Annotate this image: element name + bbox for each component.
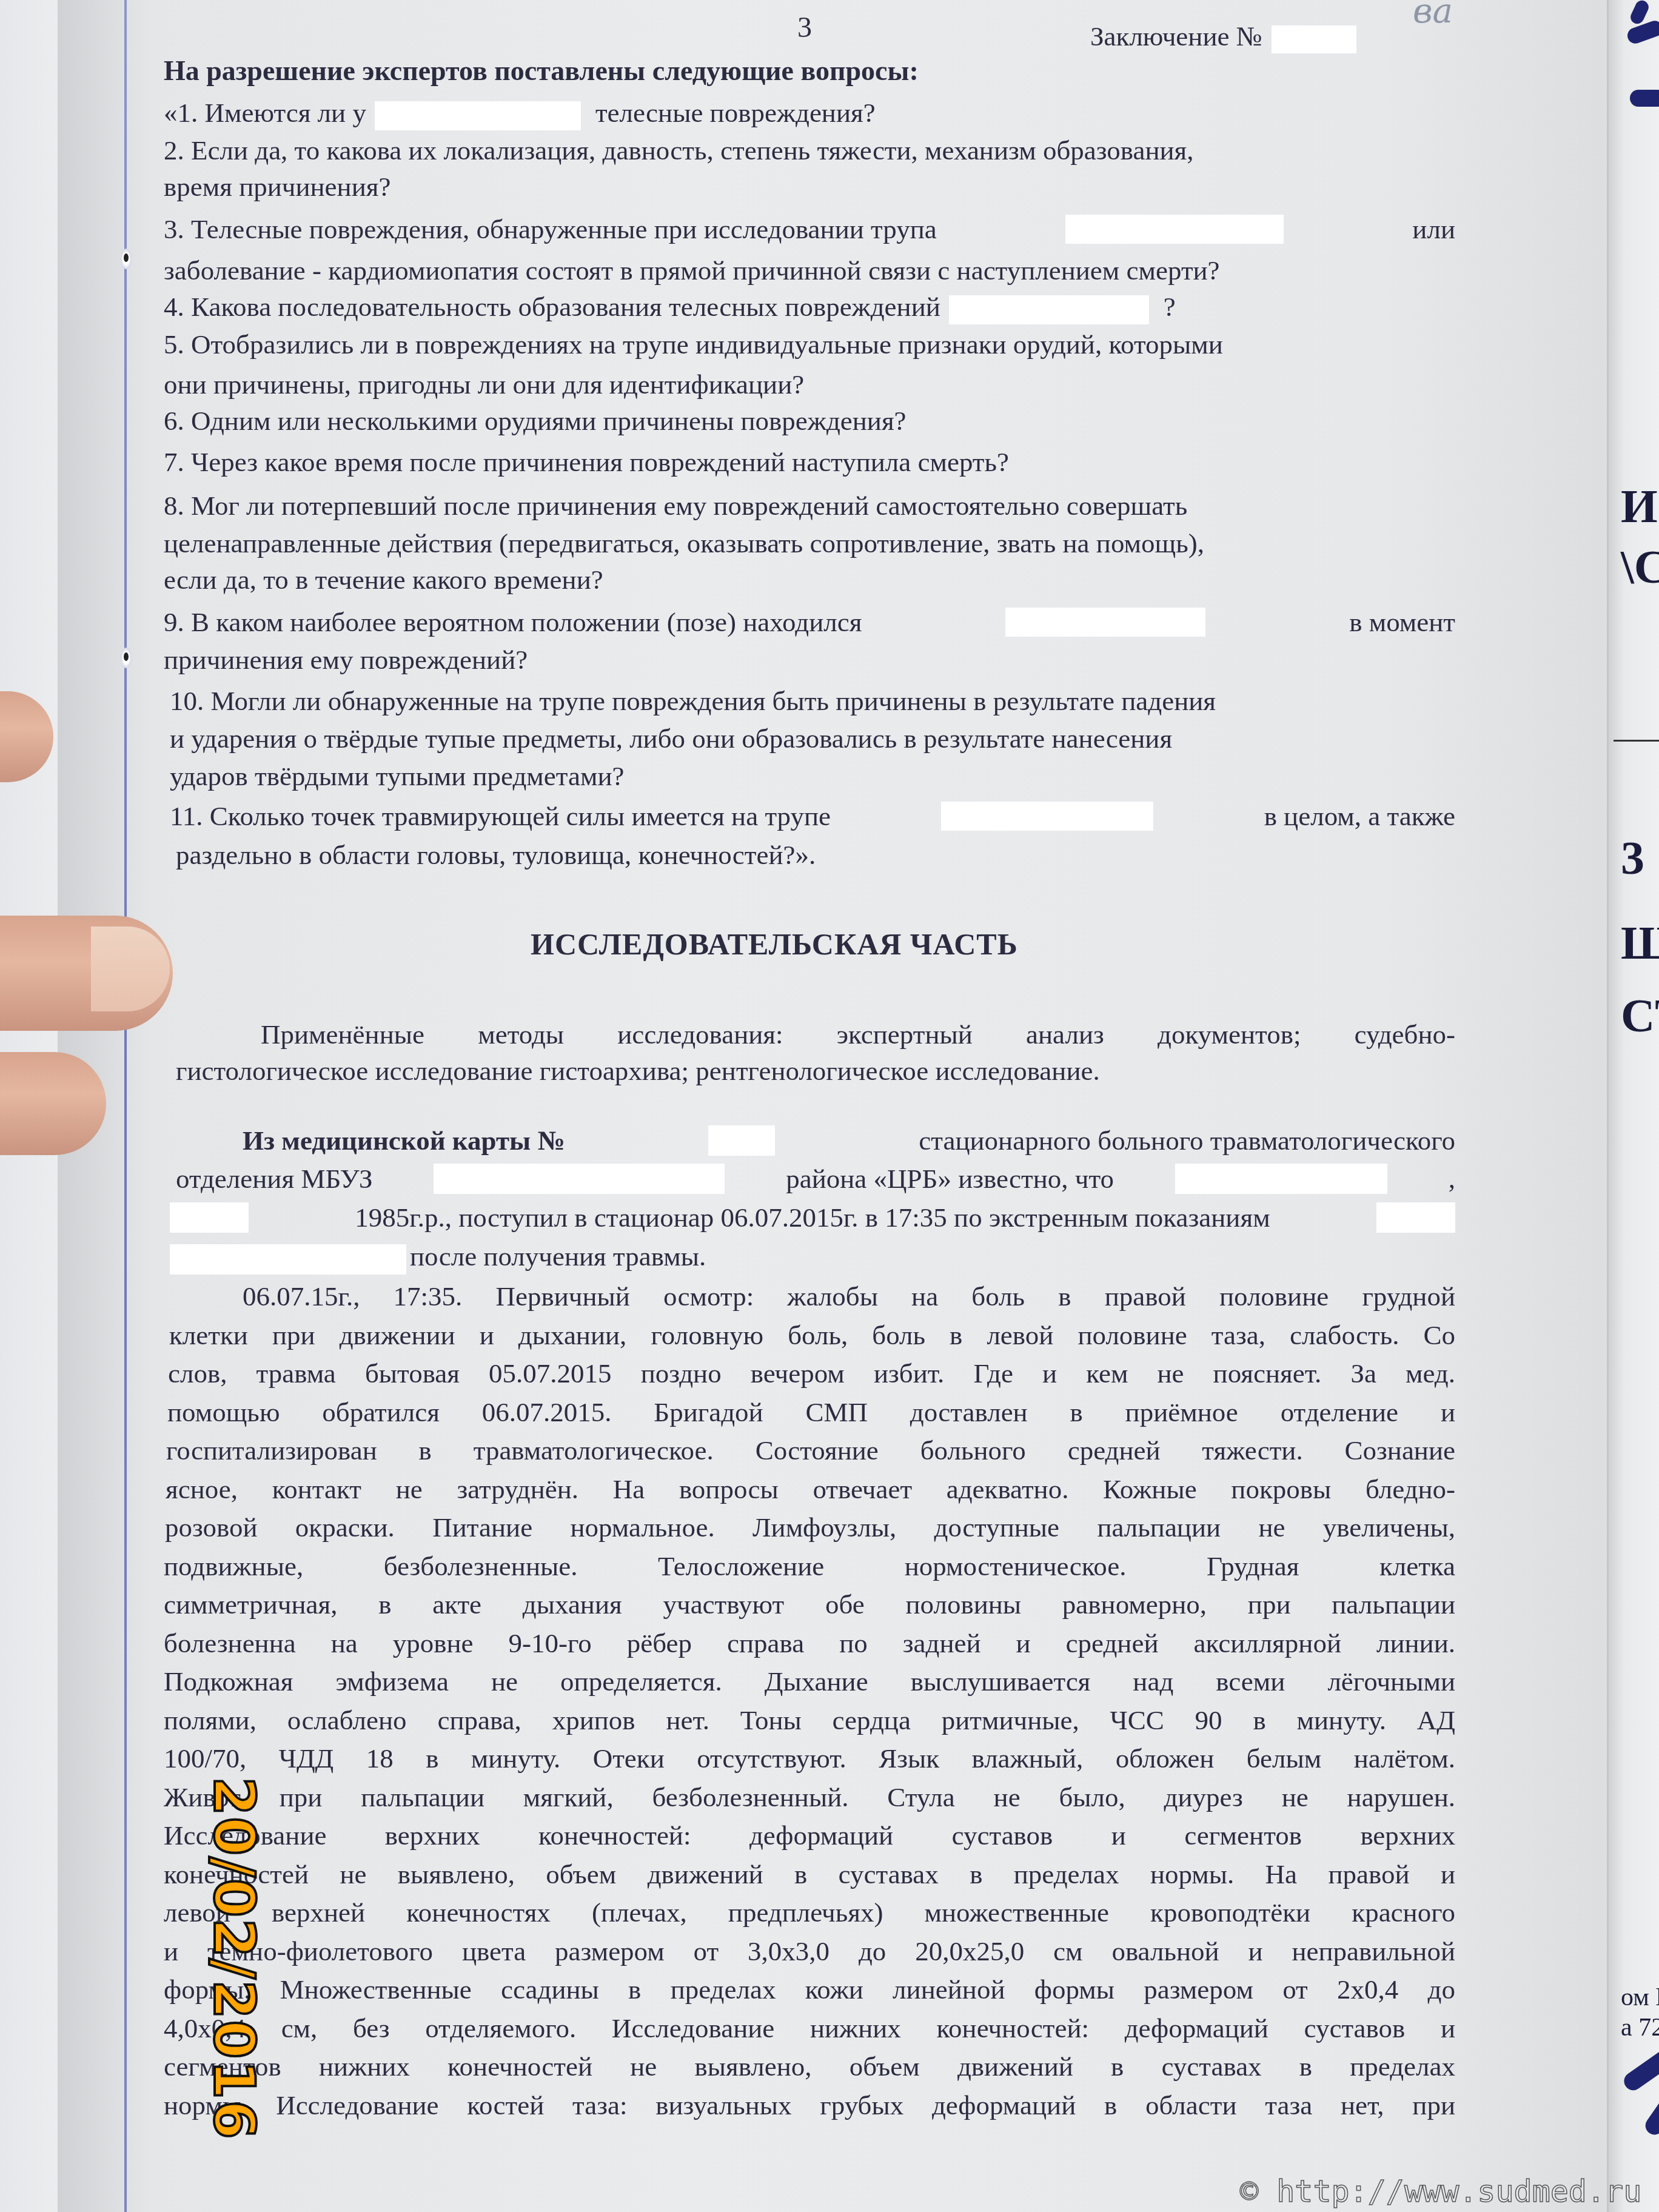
exam-line: розовой окраски. Питание нормальное. Лим… <box>165 1512 1455 1543</box>
date-stamp: 20/02/2016 <box>200 1728 267 2189</box>
question-text: 10. Могли ли обнаруженные на трупе повре… <box>170 685 1216 717</box>
question-text: 7. Через какое время после причинения по… <box>164 447 1009 477</box>
question-text: и ударения о твёрдые тупые предметы, либ… <box>170 723 1172 754</box>
exam-line: 4,0х0,4 см, без отделяемого. Исследовани… <box>164 2013 1455 2044</box>
sheet-fragment: ом N <box>1621 1983 1659 2012</box>
redaction <box>170 1244 406 1275</box>
question-line: «1. Имеются ли утелесные повреждения? <box>164 97 876 130</box>
redaction <box>708 1125 775 1156</box>
exam-line: слов, травма бытовая 05.07.2015 поздно в… <box>168 1358 1455 1389</box>
question-line: и ударения о твёрдые тупые предметы, либ… <box>170 723 1455 754</box>
redaction <box>1065 215 1284 244</box>
redaction <box>375 101 581 130</box>
question-text: «1. Имеются ли у <box>164 98 366 128</box>
binding-hole <box>121 648 132 668</box>
handwritten-mark: ва <box>1413 0 1453 31</box>
sheet-fragment: \С <box>1621 540 1659 594</box>
card-text: после получения травмы. <box>410 1241 706 1272</box>
pen-mark <box>1625 19 1659 46</box>
pen-mark <box>1642 2088 1659 2139</box>
exam-line: ясное, контакт не затруднён. На вопросы … <box>166 1473 1455 1505</box>
sheet-fragment: а 72 <box>1621 2013 1659 2042</box>
question-text: 3. Телесные повреждения, обнаруженные пр… <box>164 213 937 245</box>
question-line: 7. Через какое время после причинения по… <box>164 446 1009 478</box>
watermark: © http://www.sudmed.ru <box>1240 2174 1641 2209</box>
redaction <box>1175 1164 1387 1194</box>
question-text: они причинены, пригодны ли они для идент… <box>164 369 804 400</box>
redaction <box>949 295 1149 324</box>
question-line: заболевание - кардиомиопатия состоят в п… <box>164 255 1455 286</box>
exam-line: и темно-фиолетового цвета размером от 3,… <box>164 1935 1455 1967</box>
question-line: если да, то в течение какого времени? <box>164 564 603 595</box>
question-line: 5. Отобразились ли в повреждениях на тру… <box>164 329 1455 360</box>
question-text: 5. Отобразились ли в повреждениях на тру… <box>164 329 1223 360</box>
card-line: Из медицинской карты №стационарного боль… <box>243 1125 1455 1156</box>
card-text: отделения МБУЗ <box>176 1163 372 1195</box>
question-line: 9. В каком наиболее вероятном положении … <box>164 606 1455 638</box>
question-text: в целом, а также <box>1264 800 1455 832</box>
sheet-fragment: ИІ <box>1621 479 1659 534</box>
methods-line: Применённые методы исследования: эксперт… <box>261 1019 1455 1050</box>
card-text: стационарного больного травматологическо… <box>919 1125 1455 1156</box>
question-line: 4. Какова последовательность образования… <box>164 291 1176 324</box>
question-text: 9. В каком наиболее вероятном положении … <box>164 606 862 638</box>
question-text: время причинения? <box>164 172 390 202</box>
exam-line: Исследование верхних конечностей: деформ… <box>164 1820 1455 1851</box>
question-line: 2. Если да, то какова их локализация, да… <box>164 135 1455 166</box>
date-stamp-text: 20/02/2016 <box>201 1777 266 2140</box>
pen-mark <box>1630 90 1659 107</box>
question-line: 11. Сколько точек травмирующей силы имее… <box>170 800 1455 832</box>
question-line: 8. Мог ли потерпевший после причинения е… <box>164 490 1455 521</box>
card-text: района «ЦРБ» известно, что <box>786 1163 1114 1195</box>
exam-line: конечностей не выявлено, объем движений … <box>164 1858 1455 1890</box>
exam-line: клетки при движении и дыхании, головную … <box>169 1319 1455 1351</box>
exam-line: Подкожная эмфизема не определяется. Дыха… <box>164 1666 1455 1697</box>
card-text: , <box>1449 1163 1455 1195</box>
question-text: целенаправленные действия (передвигаться… <box>164 528 1204 559</box>
section-title: ИССЛЕДОВАТЕЛЬСКАЯ ЧАСТЬ <box>531 927 1018 962</box>
question-line: 3. Телесные повреждения, обнаруженные пр… <box>164 213 1455 245</box>
question-text: 8. Мог ли потерпевший после причинения е… <box>164 490 1187 521</box>
questions-heading: На разрешение экспертов поставлены следу… <box>164 55 919 87</box>
exam-line: левой верхней конечностях (плечах, предп… <box>164 1897 1455 1928</box>
question-line: раздельно в области головы, туловища, ко… <box>176 839 816 871</box>
question-line: 6. Одним или несколькими орудиями причин… <box>164 405 907 437</box>
question-text: 2. Если да, то какова их локализация, да… <box>164 135 1194 166</box>
conclusion-number: Заключение № <box>1090 21 1356 53</box>
redaction <box>1272 25 1356 53</box>
question-text: причинения ему повреждений? <box>164 645 528 675</box>
question-line: причинения ему повреждений? <box>164 644 528 675</box>
adjacent-sheet: ИІ \С 3 Ш СТ ом N а 72 <box>1607 0 1659 2212</box>
exam-line: 06.07.15г., 17:35. Первичный осмотр: жал… <box>243 1281 1455 1312</box>
question-line: время причинения? <box>164 171 390 203</box>
fingernail <box>91 927 170 1011</box>
question-text: 6. Одним или несколькими орудиями причин… <box>164 406 907 436</box>
exam-line: болезненна на уровне 9-10-го рёбер справ… <box>164 1627 1455 1659</box>
page-number: 3 <box>797 11 812 44</box>
sheet-fragment: Ш <box>1621 916 1659 970</box>
redaction <box>434 1164 725 1194</box>
sheet-fragment: СТ <box>1621 988 1659 1043</box>
exam-line: формы. Множественные ссадины в пределах … <box>164 1974 1455 2005</box>
exam-line: полями, ослаблено справа, хрипов нет. То… <box>164 1704 1455 1736</box>
exam-line: симметричная, в акте дыхания участвуют о… <box>164 1589 1455 1620</box>
finger <box>0 1052 106 1155</box>
question-text: если да, то в течение какого времени? <box>164 565 603 595</box>
exam-line: Живот при пальпации мягкий, безболезненн… <box>164 1781 1455 1813</box>
redaction <box>1005 608 1205 637</box>
question-text: в момент <box>1349 606 1455 638</box>
exam-line: 100/70, ЧДД 18 в минуту. Отеки отсутству… <box>164 1743 1455 1774</box>
card-heading: Из медицинской карты № <box>243 1125 565 1156</box>
question-line: 10. Могли ли обнаруженные на трупе повре… <box>170 685 1455 717</box>
redaction <box>941 802 1153 831</box>
sheet-fragment: 3 <box>1621 831 1644 885</box>
binding-hole <box>121 249 132 269</box>
pen-mark <box>1629 0 1651 26</box>
methods-line: гистологическое исследование гистоархива… <box>176 1055 1100 1087</box>
question-text: раздельно в области головы, туловища, ко… <box>176 840 816 870</box>
finger <box>0 916 173 1031</box>
sheet-rule <box>1614 740 1659 742</box>
question-text: телесные повреждения? <box>595 98 876 128</box>
question-line: они причинены, пригодны ли они для идент… <box>164 369 804 400</box>
question-line: целенаправленные действия (передвигаться… <box>164 528 1455 559</box>
redaction <box>1376 1202 1455 1233</box>
binding-thread <box>124 0 127 2212</box>
pen-mark <box>1621 2048 1659 2094</box>
card-line: после получения травмы. <box>170 1241 706 1275</box>
exam-line: подвижные, безболезненные. Телосложение … <box>164 1550 1455 1582</box>
question-text: 4. Какова последовательность образования… <box>164 292 940 322</box>
question-text: ударов твёрдыми тупыми предметами? <box>170 761 625 791</box>
exam-line: нормы. Исследование костей таза: визуаль… <box>164 2090 1455 2121</box>
exam-line: помощью обратился 06.07.2015. Бригадой С… <box>167 1396 1455 1428</box>
question-line: ударов твёрдыми тупыми предметами? <box>170 760 625 792</box>
question-text: заболевание - кардиомиопатия состоят в п… <box>164 255 1220 286</box>
redaction <box>170 1202 249 1233</box>
exam-line: сегментов нижних конечностей не выявлено… <box>164 2051 1455 2082</box>
conclusion-label: Заключение № <box>1090 21 1262 52</box>
card-text: 1985г.р., поступил в стационар 06.07.201… <box>355 1202 1270 1233</box>
card-line: отделения МБУЗрайона «ЦРБ» известно, что… <box>176 1163 1455 1195</box>
exam-line: госпитализирован в травматологическое. С… <box>166 1435 1455 1466</box>
question-text: ? <box>1164 292 1176 322</box>
question-text: или <box>1412 213 1455 245</box>
question-text: 11. Сколько точек травмирующей силы имее… <box>170 800 831 832</box>
card-line: 1985г.р., поступил в стационар 06.07.201… <box>170 1202 1455 1233</box>
